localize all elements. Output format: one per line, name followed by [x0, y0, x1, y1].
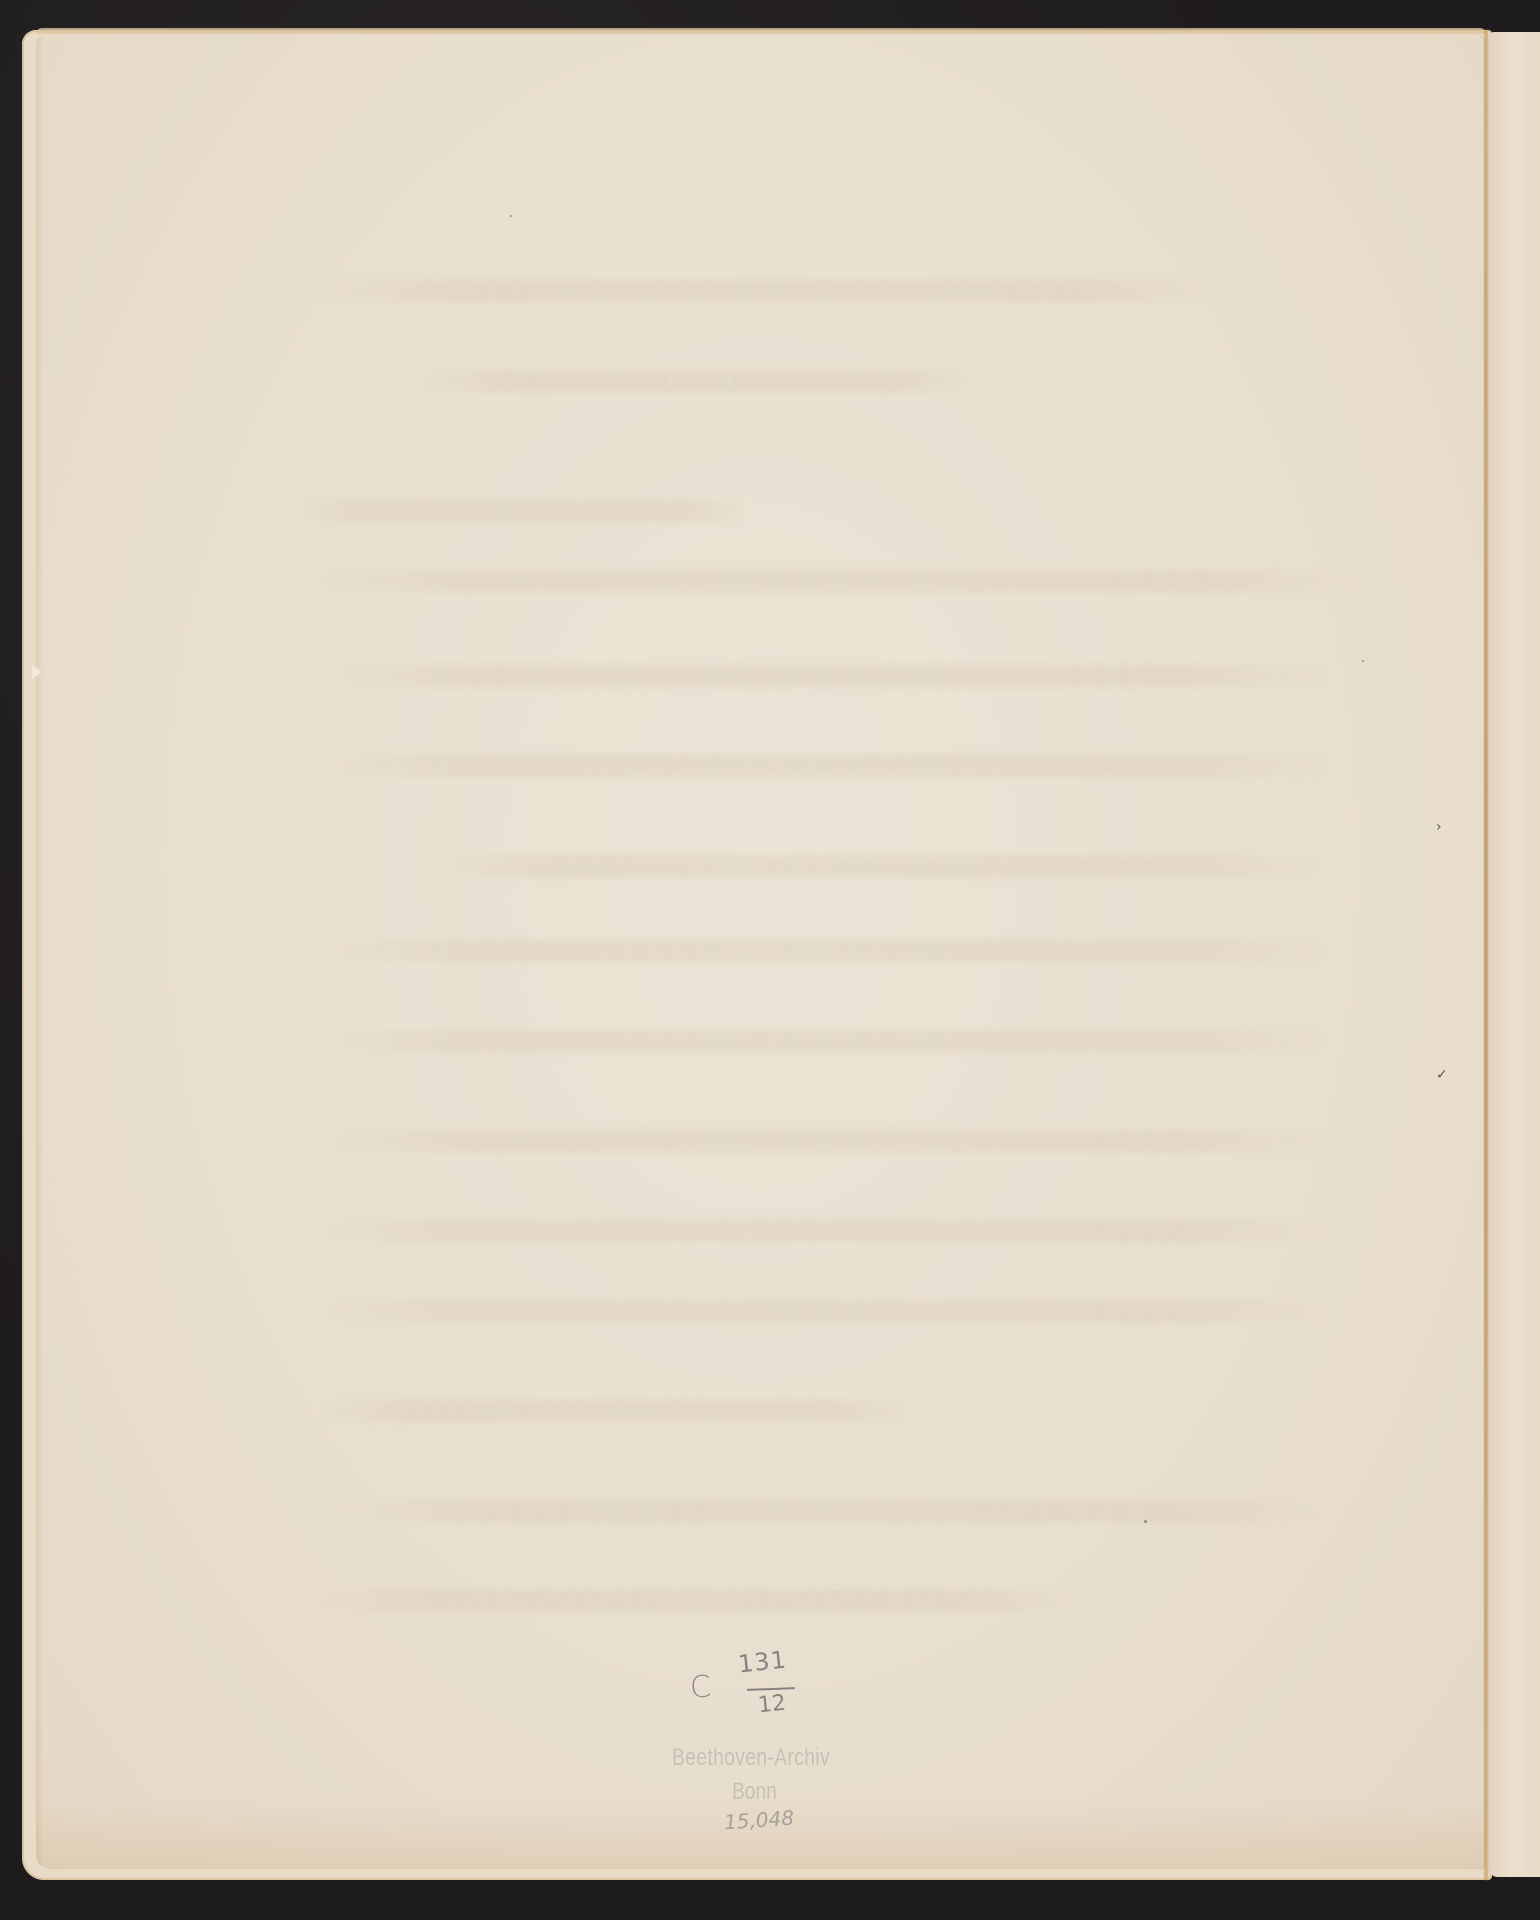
facing-page-edge: [1488, 32, 1540, 1877]
archive-name: Beethoven-Archiv: [672, 1744, 830, 1772]
shelfmark-letter: C: [689, 1669, 712, 1705]
document-scan: › ✓ C 131 12 Beethoven-Archiv Bonn 15,04…: [0, 0, 1540, 1920]
showthrough-line: [340, 1500, 1320, 1522]
archive-stamp: C 131 12 Beethoven-Archiv Bonn 15,048: [640, 1640, 900, 1820]
page-top-edge: [36, 28, 1486, 34]
margin-mark: ›: [1436, 820, 1442, 834]
paper-speck: [1362, 660, 1364, 662]
shelfmark-fraction-bar: [747, 1687, 795, 1691]
showthrough-line: [310, 570, 1360, 592]
showthrough-line: [320, 1400, 920, 1422]
showthrough-line: [320, 1130, 1330, 1152]
showthrough-line: [320, 940, 1330, 962]
shelfmark-numerator: 131: [737, 1646, 788, 1679]
showthrough-line: [320, 280, 1220, 302]
showthrough-line: [320, 1300, 1330, 1322]
paper-speck: [1144, 1520, 1147, 1523]
inventory-number: 15,048: [723, 1806, 794, 1835]
binding-gutter: [1484, 30, 1488, 1880]
showthrough-line: [320, 1220, 1330, 1242]
showthrough-line: [320, 1030, 1330, 1052]
showthrough-line: [300, 500, 750, 522]
archive-city: Bonn: [732, 1778, 777, 1806]
showthrough-line: [420, 855, 1320, 877]
showthrough-line: [320, 755, 1330, 777]
paper-speck: [510, 215, 512, 217]
showthrough-line: [420, 370, 980, 392]
showthrough-line: [320, 665, 1330, 687]
shelfmark-denominator: 12: [757, 1691, 787, 1719]
margin-mark: ✓: [1436, 1068, 1448, 1082]
showthrough-line: [320, 1590, 1080, 1612]
